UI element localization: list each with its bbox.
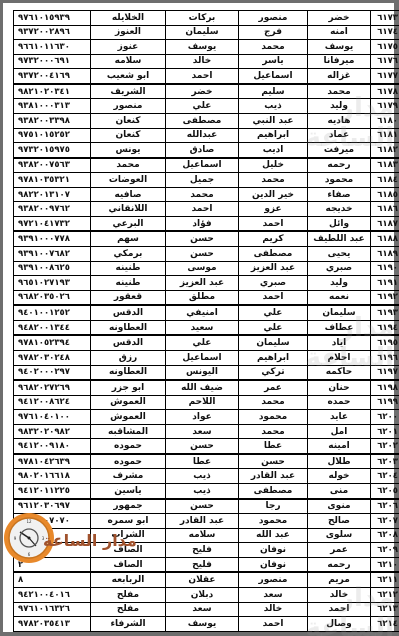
table-row: ٦١٩٤عطافعليسعيدالعطاونه٩٤٨٢٠٠١٣٤٤ xyxy=(14,320,399,335)
cell-first: رحمه xyxy=(308,158,371,173)
svg-text:9: 9 xyxy=(14,536,17,541)
cell-family: مفلح xyxy=(91,602,166,617)
table-row: ٦١٩٩حمدهمحمداللاحمالعموش٩٤١٢٠٠٨٦٢٤ xyxy=(14,395,399,410)
cell-id: ٦٢٠٣ xyxy=(371,454,399,469)
cell-first: نعمه xyxy=(308,290,371,305)
cell-phone: ٩٧٥١٠١٥٢٥٢ xyxy=(14,128,91,143)
cell-family: الخلايله xyxy=(91,11,166,26)
cell-family: قعقور xyxy=(91,290,166,305)
cell-grand: عبد العزيز xyxy=(166,276,239,291)
cell-father: صبري xyxy=(239,276,308,291)
cell-family: العنوز xyxy=(91,25,166,40)
table-row: ٦٢١٣احمدخالدسعدمفلح٩٧٦١٠١٦٣٢٦ xyxy=(14,602,399,617)
table-row: ٦١٧٤امنهفرجسليمانالعنوز٩٣٧٢٠٠٢٨٩٦ xyxy=(14,25,399,40)
table-row: ٦١٩٥ايادسليمانعليالدقس٩٧٨١٠٥٢٣٩٤ xyxy=(14,335,399,350)
cell-family: المشاقبه xyxy=(91,424,166,439)
table-row: ٦٢٠٧صالحمحمودعبد القادرابو سمره٩٤٢١٠٠٧٠٧… xyxy=(14,514,399,529)
cell-first: عماد xyxy=(308,128,371,143)
cell-id: ٦١٧٣ xyxy=(371,11,399,26)
cell-father: رجا xyxy=(239,499,308,514)
cell-father: خير الدين xyxy=(239,187,308,202)
cell-id: ٦١٨٢ xyxy=(371,143,399,158)
cell-father: علي xyxy=(239,305,308,320)
cell-first: خديجه xyxy=(308,202,371,217)
table-row: ٦١٨٠هاديهعبد النبيمصطفىكنعان٩٣٨٢٠٠٣٣٩٨ xyxy=(14,113,399,128)
cell-id: ٦١٩١ xyxy=(371,276,399,291)
cell-father: عزو xyxy=(239,202,308,217)
cell-grand: خضر xyxy=(166,84,239,99)
cell-father: نوفان xyxy=(239,543,308,558)
cell-first: وليد xyxy=(308,99,371,114)
cell-phone: ٩٤١٢٠٠٩١٨٠ xyxy=(14,439,91,454)
cell-father: عطا xyxy=(239,439,308,454)
cell-grand: حسن xyxy=(166,499,239,514)
cell-id: ٦١٩٠ xyxy=(371,261,399,276)
cell-family: عنوز xyxy=(91,40,166,55)
cell-first: خالد xyxy=(308,587,371,602)
cell-grand: حسن xyxy=(166,439,239,454)
cell-father: عبد القادر xyxy=(239,469,308,484)
cell-family: العوضات xyxy=(91,173,166,188)
cell-id: ٦١٩٨ xyxy=(371,380,399,395)
cell-grand: احمد xyxy=(166,69,239,84)
cell-first: سلوى xyxy=(308,528,371,543)
cell-father: مصطفى xyxy=(239,247,308,262)
cell-phone: ٩٣٨١٠٠٠٣١٣ xyxy=(14,99,91,114)
table-row: ٦١٧٧غزالهاسماعيلاحمدابو شعيب٩٣٧٢٠٠٤١٦٩ xyxy=(14,69,399,84)
cell-father: محمود xyxy=(239,514,308,529)
cell-id: ٦١٨٩ xyxy=(371,247,399,262)
cell-id: ٦١٧٤ xyxy=(371,25,399,40)
cell-phone: ٩٤٠٢٠٠٠٢٩٧ xyxy=(14,365,91,380)
cell-first: حمده xyxy=(308,395,371,410)
cell-first: خضر xyxy=(308,11,371,26)
cell-family: يونس xyxy=(91,143,166,158)
cell-father: احمد xyxy=(239,290,308,305)
cell-first: صالح xyxy=(308,514,371,529)
table-row: ٦٢٠١املمحمدسعدالمشاقبه٩٨٣٢٠٢٠٩٨٢ xyxy=(14,424,399,439)
table-row: ٦١٩٨حنانعمرضيف اللهابو جزر٩٦٨٢٠٢٧٢٦٩ xyxy=(14,380,399,395)
cell-first: امنه xyxy=(308,25,371,40)
table-row: ٦١٩٠صبريعبد العزيزموسىطنينه٩٣٩١٠٠٨٦٢٥ xyxy=(14,261,399,276)
cell-family: مشرف xyxy=(91,469,166,484)
table-row: ٦١٨٧وائلاحمدفؤادالبرعي٩٧٢١٠٤١٧٣٢ xyxy=(14,216,399,231)
cell-first: رحمه xyxy=(308,557,371,572)
cell-family: الربابعه xyxy=(91,572,166,587)
cell-id: ٦٢٠٩ xyxy=(371,543,399,558)
cell-family: العطاونه xyxy=(91,365,166,380)
table-row: ٦١٩٧حاكمهتركياليونسالعطاونه٩٤٠٢٠٠٠٢٩٧ xyxy=(14,365,399,380)
table-row: ٦٢١١مريممنصورعقلانالربابعه٨ xyxy=(14,572,399,587)
cell-family: العموش xyxy=(91,410,166,425)
cell-first: منوى xyxy=(308,499,371,514)
cell-family: كنعان xyxy=(91,128,166,143)
cell-grand: محمد xyxy=(166,187,239,202)
cell-grand: سلامه xyxy=(166,528,239,543)
cell-family: ابو شعيب xyxy=(91,69,166,84)
cell-phone: ٩٤١٢٠١١٢٢٥ xyxy=(14,484,91,499)
cell-id: ٦١٨١ xyxy=(371,128,399,143)
cell-grand: علي xyxy=(166,335,239,350)
cell-phone: ٩٧٦١٠١٥٩٣٩ xyxy=(14,11,91,26)
svg-text:12: 12 xyxy=(26,519,32,524)
cell-family: ابو سمره xyxy=(91,514,166,529)
cell-grand: ذيب xyxy=(166,469,239,484)
cell-father: احمد xyxy=(239,617,308,632)
cell-id: ٦١٩٢ xyxy=(371,290,399,305)
cell-family: طنينه xyxy=(91,261,166,276)
watermark-logo-text: مدار الساعة xyxy=(43,531,137,550)
cell-id: ٦١٩٣ xyxy=(371,305,399,320)
cell-father: ابراهيم xyxy=(239,128,308,143)
cell-first: امل xyxy=(308,424,371,439)
table-row: ٦٢١٠رحمهنوفانفليحالصاف٢ xyxy=(14,557,399,572)
cell-family: رزق xyxy=(91,350,166,365)
table-row: ٦٢٠٣طلالحسنعطاحموده٩٧٨١٠٤٢٦٣٩ xyxy=(14,454,399,469)
cell-first: هاديه xyxy=(308,113,371,128)
cell-family: الشرفاء xyxy=(91,617,166,632)
cell-id: ٦١٨٧ xyxy=(371,216,399,231)
cell-id: ٦٢٠٥ xyxy=(371,484,399,499)
cell-grand: امنيفي xyxy=(166,305,239,320)
cell-id: ٦٢١٣ xyxy=(371,602,399,617)
table-row: ٦١٧٣خضرمنصوربركاتالخلايله٩٧٦١٠١٥٩٣٩ xyxy=(14,11,399,26)
cell-grand: سعيد xyxy=(166,320,239,335)
cell-phone: ٩٦٨٢٠٣٥٠٢٦ xyxy=(14,290,91,305)
cell-grand: حسن xyxy=(166,231,239,246)
cell-family: منصور xyxy=(91,99,166,114)
table-row: ٦١٨٩يحيىمصطفىحسنبرمكي٩٣٩١٠٠٧٦٨٢ xyxy=(14,247,399,262)
cell-grand: حسن xyxy=(166,247,239,262)
cell-family: العطاونه xyxy=(91,320,166,335)
cell-father: فرج xyxy=(239,25,308,40)
cell-id: ٦١٩٤ xyxy=(371,320,399,335)
svg-text:6: 6 xyxy=(28,552,31,557)
cell-grand: اللاحم xyxy=(166,395,239,410)
cell-phone: ٩٨٢١٠٢٠٣٤١ xyxy=(14,84,91,99)
cell-grand: خالد xyxy=(166,54,239,69)
cell-id: ٦١٩٦ xyxy=(371,350,399,365)
cell-phone: ٩٤٢١٠٠٤٠١٦ xyxy=(14,587,91,602)
cell-id: ٦٢٠٧ xyxy=(371,514,399,529)
cell-father: سعد xyxy=(239,587,308,602)
cell-first: عطاف xyxy=(308,320,371,335)
cell-father: ذيب xyxy=(239,99,308,114)
cell-family: الشريف xyxy=(91,84,166,99)
cell-id: ٦١٨٥ xyxy=(371,187,399,202)
cell-first: خوله xyxy=(308,469,371,484)
table-row: ٦٢٠٥منىمصطفىذيبياسين٩٤١٢٠١١٢٢٥ xyxy=(14,484,399,499)
table-row: ٦١٨٢ميرفتاديبصادقيونس٩٧٣٢٠١٥٩٧٥ xyxy=(14,143,399,158)
cell-father: احمد xyxy=(239,216,308,231)
cell-grand: مطلق xyxy=(166,290,239,305)
cell-father: منصور xyxy=(239,572,308,587)
cell-father: مصطفى xyxy=(239,484,308,499)
cell-phone: ٩٤١٢٠٠٨٦٢٤ xyxy=(14,395,91,410)
cell-phone: ٩٧٨١٠٤٢٦٣٩ xyxy=(14,454,91,469)
cell-phone: ٩٧٣٢٠١٥٩٧٥ xyxy=(14,143,91,158)
cell-father: عبد الله xyxy=(239,528,308,543)
cell-father: حسن xyxy=(239,454,308,469)
cell-father: علي xyxy=(239,320,308,335)
cell-father: سليمان xyxy=(239,335,308,350)
cell-family: حموده xyxy=(91,454,166,469)
cell-grand: فليح xyxy=(166,557,239,572)
table-row: ٦٢٠٤خولهعبد القادرذيبمشرف٩٨٠٢٠١٦٦١٨ xyxy=(14,469,399,484)
cell-father: اسماعيل xyxy=(239,69,308,84)
cell-id: ٦٢٠٦ xyxy=(371,499,399,514)
cell-id: ٦٢٠٢ xyxy=(371,439,399,454)
cell-phone: ٩٣٨٢٠٠٣٣٩٨ xyxy=(14,113,91,128)
table-row: ٦١٨٨عبد اللطيفكريمحسنسهم٩٣٩١٠٠٠٧٧٨ xyxy=(14,231,399,246)
cell-grand: يوسف xyxy=(166,617,239,632)
cell-grand: بركات xyxy=(166,11,239,26)
cell-id: ٦٢١٠ xyxy=(371,557,399,572)
cell-first: ميرفت xyxy=(308,143,371,158)
cell-phone: ٩٣٩١٠٠٧٦٨٢ xyxy=(14,247,91,262)
cell-id: ٦١٧٩ xyxy=(371,99,399,114)
cell-father: نوفان xyxy=(239,557,308,572)
table-row: ٦١٨١عمادابراهيمعبداللهكنعان٩٧٥١٠١٥٢٥٢ xyxy=(14,128,399,143)
cell-phone: ٩٣٧٢٠٠٤١٦٩ xyxy=(14,69,91,84)
cell-father: ياسر xyxy=(239,54,308,69)
cell-id: ٦١٨٣ xyxy=(371,158,399,173)
cell-first: اياد xyxy=(308,335,371,350)
cell-phone: ٩٤٠١٠٠١٢٥٢ xyxy=(14,305,91,320)
cell-first: غزاله xyxy=(308,69,371,84)
cell-first: يوسف xyxy=(308,40,371,55)
cell-grand: جميل xyxy=(166,173,239,188)
cell-grand: عواد xyxy=(166,410,239,425)
cell-father: كريم xyxy=(239,231,308,246)
cell-phone: ٩٣٩١٠٠٠٧٧٨ xyxy=(14,231,91,246)
cell-first: وائل xyxy=(308,216,371,231)
cell-father: محمد xyxy=(239,395,308,410)
cell-id: ٦٢١٢ xyxy=(371,587,399,602)
cell-father: ابراهيم xyxy=(239,350,308,365)
table-row: ٦١٧٩وليدذيبعليمنصور٩٣٨١٠٠٠٣١٣ xyxy=(14,99,399,114)
cell-family: البرعي xyxy=(91,216,166,231)
cell-first: مريم xyxy=(308,572,371,587)
cell-phone: ٩٦٦١٠١١٦٣٠ xyxy=(14,40,91,55)
table-row: ٦١٩١وليدصبريعبد العزيزطنينه٩٦٥١٠٢٧١٩٣ xyxy=(14,276,399,291)
cell-phone: ٩٧٨٢٠٣٠٢٤٨ xyxy=(14,350,91,365)
cell-family: محمد xyxy=(91,158,166,173)
cell-grand: سعد xyxy=(166,602,239,617)
cell-phone: ٩٣٨٢٠٠٧٥٦٣ xyxy=(14,158,91,173)
cell-grand: عطا xyxy=(166,454,239,469)
cell-grand: فؤاد xyxy=(166,216,239,231)
cell-first: عايد xyxy=(308,410,371,425)
cell-grand: ذيب xyxy=(166,484,239,499)
cell-first: عمر xyxy=(308,543,371,558)
cell-phone: ٩٦٥١٠٢٧١٩٣ xyxy=(14,276,91,291)
table-row: ٦١٧٥يوسفمحمديوسفعنوز٩٦٦١٠١١٦٣٠ xyxy=(14,40,399,55)
cell-grand: سعد xyxy=(166,424,239,439)
cell-family: الدقس xyxy=(91,335,166,350)
table-row: ٦٢٠٢امينهعطاحسنحموده٩٤١٢٠٠٩١٨٠ xyxy=(14,439,399,454)
table-row: ٦١٨٥صفاءخير الدينمحمدصافيه٩٨٢٢٠١٣١٠٧ xyxy=(14,187,399,202)
cell-grand: اسماعيل xyxy=(166,158,239,173)
cell-first: صفاء xyxy=(308,187,371,202)
table-row: ٦٢٠٦منوىرجاحسنجمهور٩٦١٢٠٣٠٦٩٧ xyxy=(14,499,399,514)
cell-first: حنان xyxy=(308,380,371,395)
cell-id: ٦٢٠٤ xyxy=(371,469,399,484)
cell-id: ٦١٨٤ xyxy=(371,173,399,188)
table-row: ٦٢١٢خالدسعددبلانمفلح٩٤٢١٠٠٤٠١٦ xyxy=(14,587,399,602)
cell-grand: اليونس xyxy=(166,365,239,380)
table-row: ٦١٩٣سليمانعليامنيفيالدقس٩٤٠١٠٠١٢٥٢ xyxy=(14,305,399,320)
cell-phone: ٩٧٦١٠١٦٣٢٦ xyxy=(14,602,91,617)
cell-first: ميرفانا xyxy=(308,54,371,69)
cell-phone: ٩٨٠٢٠١٦٦١٨ xyxy=(14,469,91,484)
cell-id: ٦١٩٥ xyxy=(371,335,399,350)
cell-father: عبد النبي xyxy=(239,113,308,128)
cell-phone: ٩٧٨١٠٥٢٣٩٤ xyxy=(14,335,91,350)
cell-grand: اسماعيل xyxy=(166,350,239,365)
cell-father: محمد xyxy=(239,424,308,439)
cell-phone: ٩٣٨٢٠٠٩٧٦٢ xyxy=(14,202,91,217)
table-row: ٦١٩٢نعمهاحمدمطلققعقور٩٦٨٢٠٣٥٠٢٦ xyxy=(14,290,399,305)
cell-family: طنينه xyxy=(91,276,166,291)
cell-father: سليم xyxy=(239,84,308,99)
cell-grand: دبلان xyxy=(166,587,239,602)
cell-id: ٦١٨٠ xyxy=(371,113,399,128)
cell-grand: فليح xyxy=(166,543,239,558)
cell-father: محمود xyxy=(239,410,308,425)
cell-family: سهم xyxy=(91,231,166,246)
cell-phone: ٩٣٧٢٠٠٢٨٩٦ xyxy=(14,25,91,40)
cell-grand: صادق xyxy=(166,143,239,158)
cell-id: ٦١٨٨ xyxy=(371,231,399,246)
cell-first: محمد xyxy=(308,84,371,99)
table-row: ٦١٩٦احلامابراهيماسماعيلرزق٩٧٨٢٠٣٠٢٤٨ xyxy=(14,350,399,365)
table-row: ٦١٨٤محمودمحمدجميلالعوضات٩٧٨١٠٣٥٣٢١ xyxy=(14,173,399,188)
cell-id: ٦١٧٨ xyxy=(371,84,399,99)
cell-id: ٦١٨٦ xyxy=(371,202,399,217)
cell-first: طلال xyxy=(308,454,371,469)
cell-family: العموش xyxy=(91,395,166,410)
cell-family: مفلح xyxy=(91,587,166,602)
cell-phone: ٩٨٣٢٠٢٠٩٨٢ xyxy=(14,424,91,439)
cell-first: سليمان xyxy=(308,305,371,320)
cell-grand: عقلان xyxy=(166,572,239,587)
cell-family: سلامه xyxy=(91,54,166,69)
table-row: ٦١٧٦ميرفاناياسرخالدسلامه٩٧٣٢٠٠٠٦٩١ xyxy=(14,54,399,69)
cell-phone: ٩٧٣٢٠٠٠٦٩١ xyxy=(14,54,91,69)
cell-first: يحيى xyxy=(308,247,371,262)
cell-id: ٦١٧٧ xyxy=(371,69,399,84)
cell-grand: احمد xyxy=(166,202,239,217)
cell-first: عبد اللطيف xyxy=(308,231,371,246)
cell-phone: ٩٦٨٢٠٢٧٢٦٩ xyxy=(14,380,91,395)
cell-grand: علي xyxy=(166,99,239,114)
cell-father: اديب xyxy=(239,143,308,158)
cell-grand: موسى xyxy=(166,261,239,276)
cell-id: ٦٢٠٠ xyxy=(371,410,399,425)
cell-id: ٦١٩٩ xyxy=(371,395,399,410)
cell-family: الصاف xyxy=(91,557,166,572)
cell-phone: ٨ xyxy=(14,572,91,587)
table-row: ٦٢٠٠عايدمحمودعوادالعموش٩٧٦١٠٤٠١٠٠ xyxy=(14,410,399,425)
cell-grand: يوسف xyxy=(166,40,239,55)
cell-family: الدقس xyxy=(91,305,166,320)
cell-grand: عبد القادر xyxy=(166,514,239,529)
cell-father: محمد xyxy=(239,40,308,55)
cell-family: ياسين xyxy=(91,484,166,499)
cell-first: صبري xyxy=(308,261,371,276)
document-page: ٦١٧٣خضرمنصوربركاتالخلايله٩٧٦١٠١٥٩٣٩٦١٧٤ا… xyxy=(3,3,394,632)
cell-family: برمكي xyxy=(91,247,166,262)
cell-father: عبد العزيز xyxy=(239,261,308,276)
cell-grand: مصطفى xyxy=(166,113,239,128)
cell-family: صافيه xyxy=(91,187,166,202)
cell-father: خليل xyxy=(239,158,308,173)
cell-first: امينه xyxy=(308,439,371,454)
cell-grand: ضيف الله xyxy=(166,380,239,395)
cell-id: ٦٢١٤ xyxy=(371,617,399,632)
cell-first: وصال xyxy=(308,617,371,632)
cell-phone: ٩٨٢٢٠١٣١٠٧ xyxy=(14,187,91,202)
cell-father: منصور xyxy=(239,11,308,26)
cell-family: ابو جزر xyxy=(91,380,166,395)
cell-id: ٦٢٠٨ xyxy=(371,528,399,543)
cell-id: ٦١٩٧ xyxy=(371,365,399,380)
cell-phone: ٩٣٩١٠٠٨٦٢٥ xyxy=(14,261,91,276)
cell-phone: ٩٧٨١٠٣٥٣٢١ xyxy=(14,173,91,188)
table-row: ٦١٨٣رحمهخليلاسماعيلمحمد٩٣٨٢٠٠٧٥٦٣ xyxy=(14,158,399,173)
cell-father: محمد xyxy=(239,173,308,188)
cell-family: اللانقاني xyxy=(91,202,166,217)
cell-grand: عبدالله xyxy=(166,128,239,143)
cell-phone: ٩٧٨٢٠٣٥٤١٣ xyxy=(14,617,91,632)
cell-grand: سليمان xyxy=(166,25,239,40)
cell-phone: ٩٤٨٢٠٠١٣٤٤ xyxy=(14,320,91,335)
cell-family: حموده xyxy=(91,439,166,454)
cell-first: منى xyxy=(308,484,371,499)
cell-first: حاكمه xyxy=(308,365,371,380)
cell-id: ٦١٧٥ xyxy=(371,40,399,55)
cell-family: جمهور xyxy=(91,499,166,514)
cell-id: ٦٢٠١ xyxy=(371,424,399,439)
cell-phone: ٩٧٦١٠٤٠١٠٠ xyxy=(14,410,91,425)
cell-father: خالد xyxy=(239,602,308,617)
table-row: ٦١٧٨محمدسليمخضرالشريف٩٨٢١٠٢٠٣٤١ xyxy=(14,84,399,99)
cell-first: احلام xyxy=(308,350,371,365)
cell-phone: ٩٧٢١٠٤١٧٣٢ xyxy=(14,216,91,231)
cell-first: احمد xyxy=(308,602,371,617)
cell-first: وليد xyxy=(308,276,371,291)
cell-family: كنعان xyxy=(91,113,166,128)
cell-id: ٦١٧٦ xyxy=(371,54,399,69)
cell-id: ٦٢١١ xyxy=(371,572,399,587)
cell-first: محمود xyxy=(308,173,371,188)
table-row: ٦٢١٤وصالاحمديوسفالشرفاء٩٧٨٢٠٣٥٤١٣ xyxy=(14,617,399,632)
cell-father: تركي xyxy=(239,365,308,380)
table-row: ٦١٨٦خديجهعزواحمداللانقاني٩٣٨٢٠٠٩٧٦٢ xyxy=(14,202,399,217)
cell-father: عمر xyxy=(239,380,308,395)
